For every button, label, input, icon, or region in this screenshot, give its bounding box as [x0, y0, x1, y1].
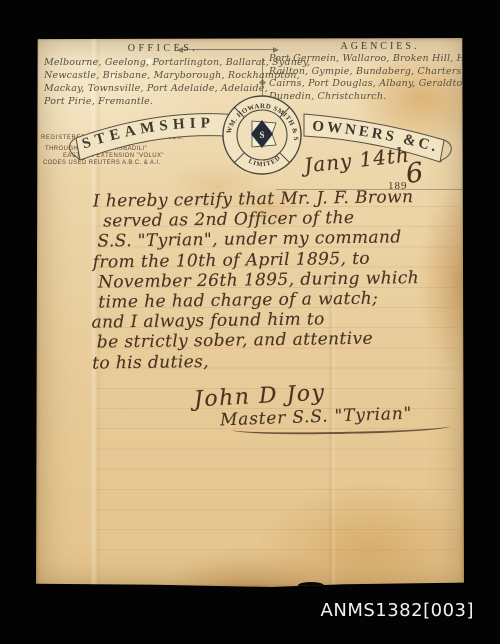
agencies-heading: AGENCIES.	[320, 41, 440, 52]
agency-line: Railton, Gympie, Bundaberg, Charters Tow…	[269, 66, 469, 79]
office-line: Melbourne, Geelong, Portarlington, Balla…	[44, 56, 274, 69]
photo-background: OFFICES. Melbourne, Geelong, Portarlingt…	[0, 0, 500, 644]
flag-letter: S	[259, 130, 264, 140]
edge-ink-mark	[298, 582, 324, 589]
catalog-label: ANMS1382[003]	[321, 600, 474, 621]
agency-line: Port Germein, Wallaroo, Broken Hill, Hob…	[269, 53, 469, 66]
agency-line: Cairns, Port Douglas, Albany, Geraldton,…	[269, 78, 469, 91]
header-rule	[182, 49, 274, 50]
office-line: Newcastle, Brisbane, Maryborough, Rockha…	[44, 69, 274, 82]
house-flag: S	[251, 120, 276, 148]
document-paper: OFFICES. Melbourne, Geelong, Portarlingt…	[36, 38, 464, 587]
letterhead-banner: STEAMSHIP OWNERS &C. WM. HOWARD SMITH & …	[66, 90, 456, 190]
letter-body: I hereby certify that Mr. J. F. Brown se…	[87, 186, 471, 373]
